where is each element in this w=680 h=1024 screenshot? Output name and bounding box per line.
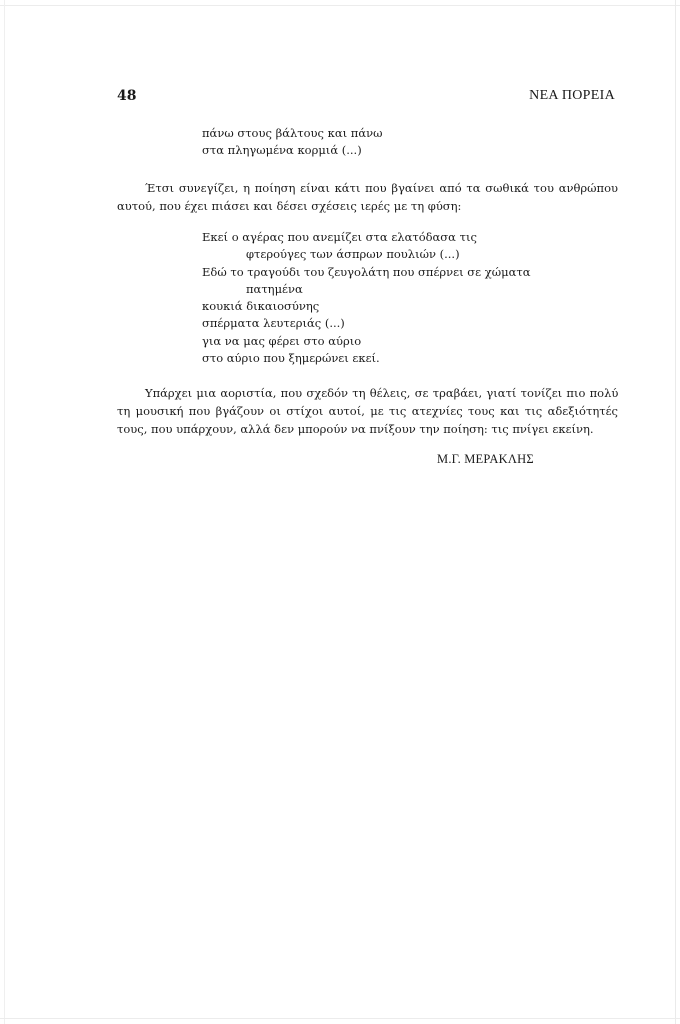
paragraph-line: Έτσι συνεγίζει, η ποίηση είναι κάτι που … — [117, 179, 618, 197]
verse-line: φτερούγες των άσπρων πουλιών (...) — [202, 246, 530, 263]
verse-line: στο αύριο που ξημερώνει εκεί. — [202, 350, 530, 367]
running-head: ΝΕΑ ΠΟΡΕΙΑ — [529, 88, 615, 104]
verse-line: σπέρματα λευτεριάς (...) — [202, 315, 530, 332]
paragraph-line: τους, που υπάρχουν, αλλά δεν μπορούν να … — [117, 420, 618, 438]
page-edge-bottom — [0, 1018, 680, 1019]
verse-quote-1: πάνω στους βάλτους και πάνω στα πληγωμέν… — [202, 125, 382, 160]
verse-line: στα πληγωμένα κορμιά (...) — [202, 142, 382, 159]
verse-line: πάνω στους βάλτους και πάνω — [202, 125, 382, 142]
paragraph-1: Έτσι συνεγίζει, η ποίηση είναι κάτι που … — [117, 179, 618, 215]
paragraph-2: Υπάρχει μια αοριστία, που σχεδόν τη θέλε… — [117, 384, 618, 438]
page-edge-left — [4, 0, 5, 1024]
verse-quote-2: Εκεί ο αγέρας που ανεμίζει στα ελατόδασα… — [202, 229, 530, 367]
paragraph-line: Υπάρχει μια αοριστία, που σχεδόν τη θέλε… — [117, 384, 618, 402]
paragraph-line: τη μουσική που βγάζουν οι στίχοι αυτοί, … — [117, 402, 618, 420]
page-edge-top — [0, 5, 680, 6]
author-signature: Μ.Γ. ΜΕΡΑΚΛΗΣ — [437, 452, 534, 467]
verse-line: κουκιά δικαιοσύνης — [202, 298, 530, 315]
verse-line: πατημένα — [202, 281, 530, 298]
verse-line: Εκεί ο αγέρας που ανεμίζει στα ελατόδασα… — [202, 229, 530, 246]
paragraph-line: αυτού, που έχει πιάσει και δέσει σχέσεις… — [117, 197, 618, 215]
page-number: 48 — [117, 88, 136, 104]
page-edge-right — [675, 0, 676, 1024]
verse-line: Εδώ το τραγούδι του ζευγολάτη που σπέρνε… — [202, 264, 530, 281]
verse-line: για να μας φέρει στο αύριο — [202, 333, 530, 350]
